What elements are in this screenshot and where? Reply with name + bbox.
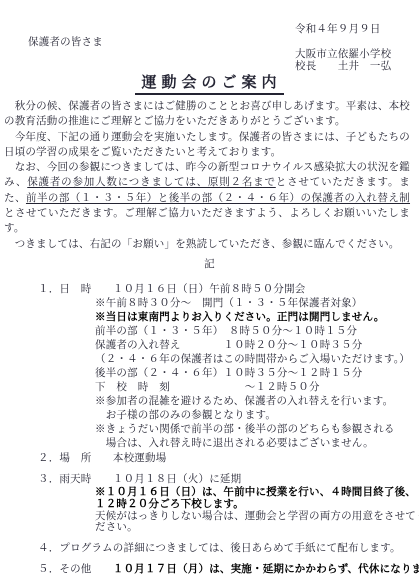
- section-other: ５．その他 １０月１７日（月）は、実施・延期にかかわらず、代休になります。: [4, 562, 413, 577]
- second-half-entry-note: （２・４・６年の保護者はこの時間帯からご入場いただけます。）: [95, 353, 413, 367]
- letter-body: 秋分の候、保護者の皆さまにはご健勝のこととお喜び申しあげます。平素は、本校の教育…: [0, 99, 419, 252]
- principal-name: 校長 土井 一弘: [295, 61, 391, 72]
- section-other-prefix: ５．その他: [38, 564, 113, 575]
- request-paragraph: つきましては、右記の「お願い」を熟読していただき、参観に臨んでください。: [4, 237, 410, 252]
- rain-day-class-note-1: ※１０月１６日（日）は、午前中に授業を行い、４時間目終了後、: [95, 487, 413, 499]
- section-other-heading: ５．その他 １０月１７日（月）は、実施・延期にかかわらず、代休になります。: [38, 562, 413, 577]
- second-half-schedule-line: 後半の部（２・４・６年）１０時３５分～１２時１５分: [95, 367, 413, 381]
- first-half-schedule-line: 前半の部（１・３・５年） ８時５０分～１０時１５分: [95, 325, 413, 339]
- sibling-note-line-1: ※きょうだい関係で前半の部・後半の部のどちらも参観される: [95, 423, 413, 437]
- section-rain-plan-heading: ３．雨天時 １０月１８日（火）に延期: [38, 472, 413, 487]
- section-datetime: １．日 時 １０月１６日（日）午前８時５０分開会 ※午前８時３０分～ 開門（１・…: [4, 282, 413, 451]
- title-row: 運動会のご案内: [0, 74, 419, 94]
- gate-open-line: ※午前８時３０分～ 開門（１・３・５年保護者対象）: [95, 297, 413, 311]
- entrance-gate-note: ※当日は東南門よりお入りください。正門は開門しません。: [95, 311, 413, 325]
- section-program: ４．プログラムの詳細につきましては、後日あらめて手紙にて配布します。: [4, 541, 413, 556]
- event-announcement-paragraph: 今年度、下記の通り運動会を実施いたします。保護者の皆さまには、子どもたちの日頃の…: [4, 130, 410, 161]
- section-datetime-details: ※午前８時３０分～ 開門（１・３・５年保護者対象） ※当日は東南門よりお入りくだ…: [95, 297, 413, 451]
- rain-day-class-note-2: １２時２０分ごろ下校します。: [95, 499, 413, 511]
- greeting-paragraph: 秋分の候、保護者の皆さまにはご健勝のこととお喜び申しあげます。平素は、本校の教育…: [4, 99, 410, 130]
- crowd-note-line-2: お子様の部のみの参観となります。: [95, 409, 413, 423]
- document-title: 運動会のご案内: [135, 74, 283, 95]
- record-marker: 記: [0, 257, 419, 272]
- section-rain-plan: ３．雨天時 １０月１８日（火）に延期 ※１０月１６日（日）は、午前中に授業を行い…: [4, 472, 413, 534]
- school-name: 大阪市立依羅小学校: [295, 49, 391, 60]
- covid-restriction-paragraph: なお、今回の参観につきましては、昨今の新型コロナウイルス感染拡大の状況を鑑み、保…: [4, 160, 410, 236]
- details-list: １．日 時 １０月１６日（日）午前８時５０分開会 ※午前８時３０分～ 開門（１・…: [0, 282, 419, 577]
- letter-header: 令和４年９月９日 保護者の皆さま 大阪市立依羅小学校 校長 土井 一弘: [0, 0, 419, 74]
- letter-date: 令和４年９月９日: [295, 24, 381, 35]
- weather-preparation-line-2: ださい。: [95, 522, 413, 534]
- section-datetime-heading: １．日 時 １０月１６日（日）午前８時５０分開会: [38, 282, 413, 297]
- weather-preparation-line-1: 天候がはっきりしない場合は、運動会と学習の両方の用意をさせてく: [95, 511, 413, 523]
- sibling-note-line-2: 場合は、入れ替え時に退出される必要はございません。: [95, 437, 413, 451]
- substitute-holiday-note: １０月１７日（月）は、実施・延期にかかわらず、代休になります。: [113, 564, 419, 575]
- section-program-heading: ４．プログラムの詳細につきましては、後日あらめて手紙にて配布します。: [38, 541, 413, 556]
- dismissal-time-line: 下 校 時 刻 ～１２時５０分: [95, 381, 413, 395]
- recipient-line: 保護者の皆さま: [28, 37, 103, 48]
- section-location-heading: ２．場 所 本校運動場: [38, 451, 413, 466]
- section-location: ２．場 所 本校運動場: [4, 451, 413, 466]
- crowd-note-line-1: ※参加者の混雑を避けるため、保護者の入れ替えを行います。: [95, 395, 413, 409]
- section-rain-plan-details: ※１０月１６日（日）は、午前中に授業を行い、４時間目終了後、 １２時２０分ごろ下…: [95, 487, 413, 534]
- underlined-rotation-text: 前半の部（１・３・５年）と後半の部（２・４・６年）の保護者の入れ替え制: [26, 193, 410, 204]
- underlined-limit-text: 保護者の参加人数につきましては、原則２名まで: [27, 177, 276, 188]
- document-page: 令和４年９月９日 保護者の皆さま 大阪市立依羅小学校 校長 土井 一弘 運動会の…: [0, 0, 419, 581]
- paragraph-segment: とさせていただきます。ご理解ご協力いただきますよう、よろしくお願いいたします。: [4, 208, 410, 234]
- changeover-schedule-line: 保護者の入れ替え １０時２０分～１０時３５分: [95, 339, 413, 353]
